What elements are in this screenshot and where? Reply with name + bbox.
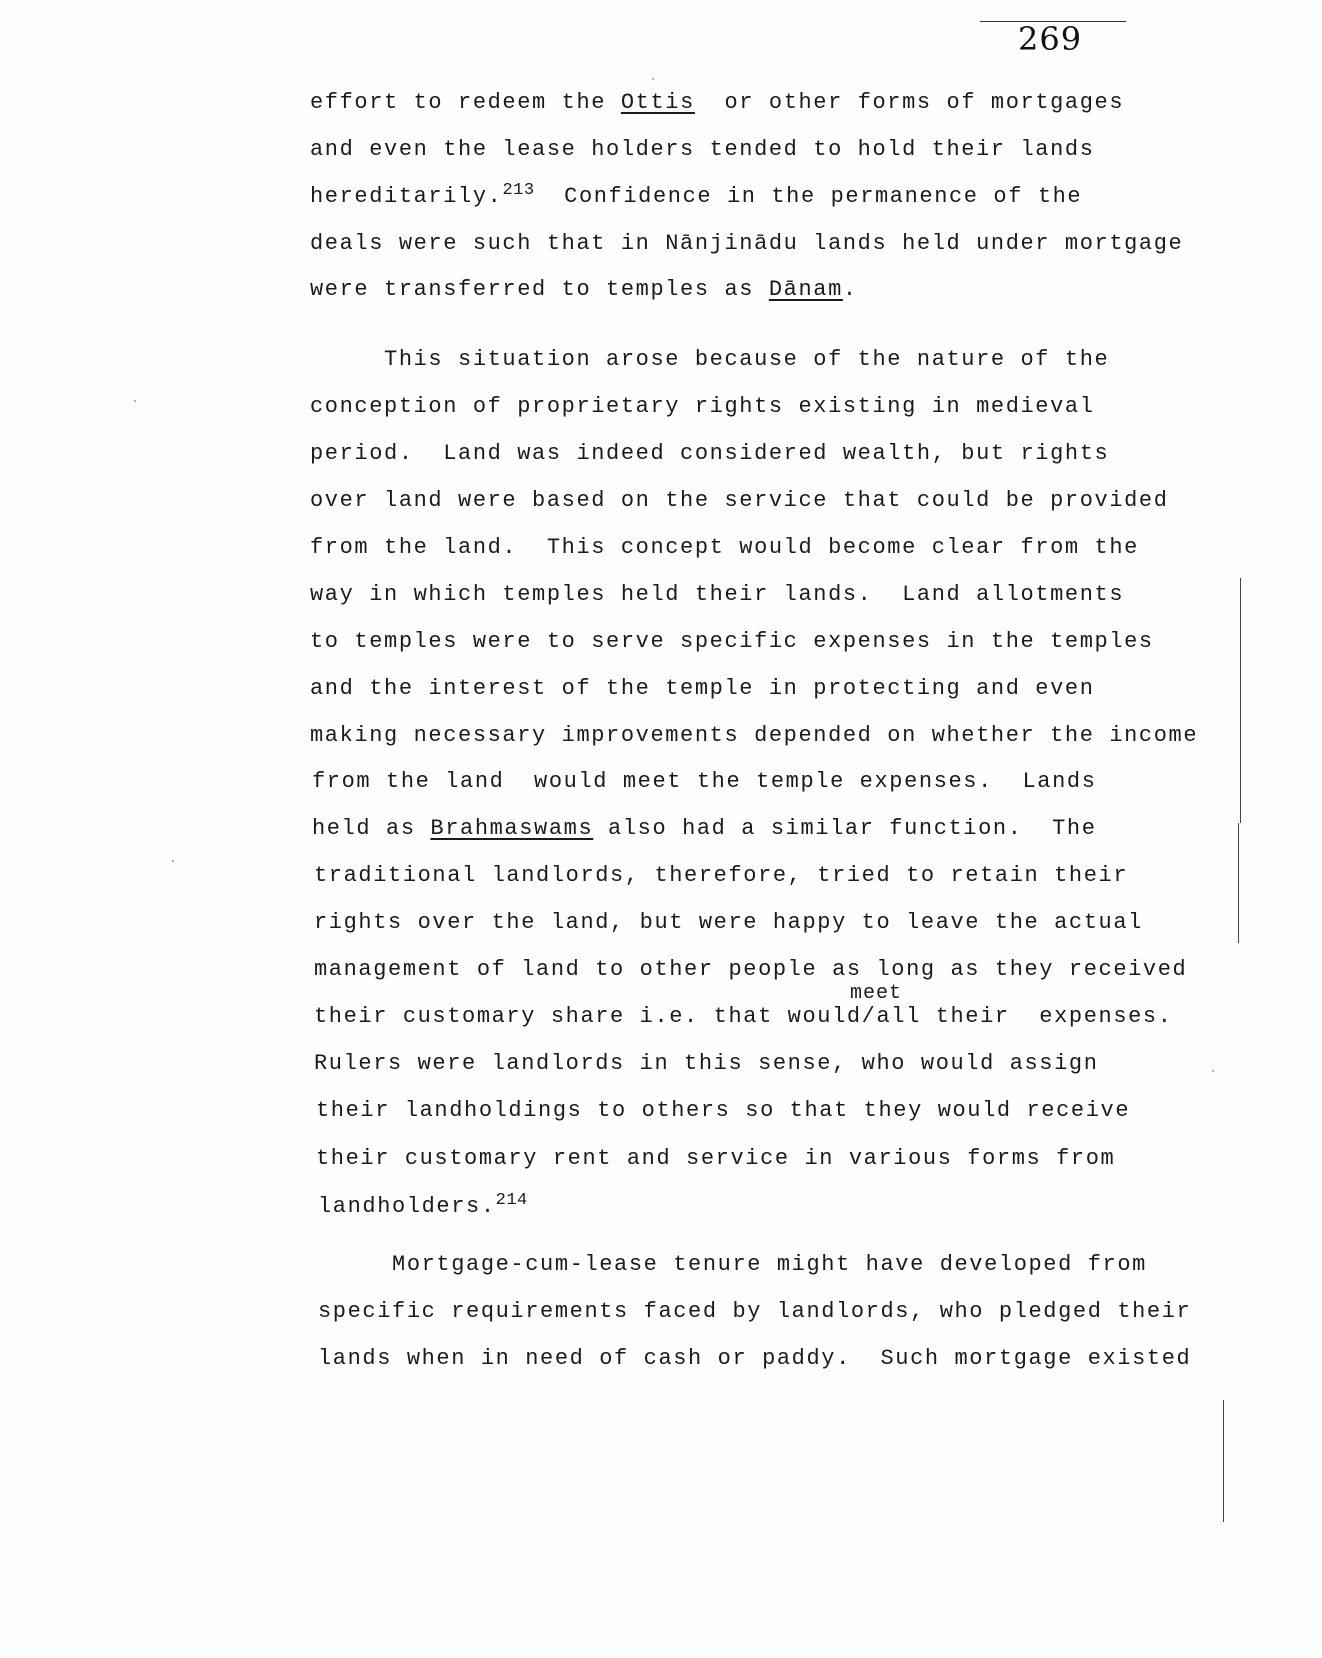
text-line: their customary rent and service in vari…: [316, 1146, 1115, 1172]
text-line: traditional landlords, therefore, tried …: [314, 863, 1128, 889]
underlined-term: Dānam: [769, 277, 843, 302]
text-line: Rulers were landlords in this sense, who…: [314, 1051, 1099, 1077]
text-line: their landholdings to others so that the…: [316, 1098, 1130, 1124]
text-line: from the land. This concept would become…: [310, 535, 1139, 561]
scan-edge-line: [1240, 578, 1241, 823]
text-line: landholders.214: [318, 1194, 528, 1220]
scan-speck: [134, 400, 136, 402]
text-line: their customary share i.e. that would/al…: [314, 1004, 1173, 1030]
text-line: period. Land was indeed considered wealt…: [310, 441, 1109, 467]
text-line: over land were based on the service that…: [310, 488, 1169, 514]
text-line: to temples were to serve specific expens…: [310, 629, 1154, 655]
text-line: were transferred to temples as Dānam.: [310, 277, 858, 303]
text-line: and even the lease holders tended to hol…: [310, 137, 1095, 163]
footnote-marker: 214: [496, 1191, 528, 1210]
scan-edge-line: [1238, 823, 1239, 943]
scan-speck: [652, 78, 654, 80]
scan-edge-line: [1223, 1400, 1224, 1522]
text-line: making necessary improvements depended o…: [310, 723, 1198, 749]
text-line: Mortgage-cum-lease tenure might have dev…: [318, 1252, 1147, 1278]
text-line: specific requirements faced by landlords…: [318, 1299, 1191, 1325]
text-line: and the interest of the temple in protec…: [310, 676, 1095, 702]
scanned-page: 269 effort to redeem the Ottis or other …: [0, 0, 1322, 1658]
text-line: rights over the land, but were happy to …: [314, 910, 1143, 936]
interlinear-insertion: meet: [850, 982, 902, 1005]
text-line: This situation arose because of the natu…: [310, 347, 1109, 373]
text-line: lands when in need of cash or paddy. Suc…: [318, 1346, 1191, 1372]
underlined-term: Brahmaswams: [430, 816, 593, 841]
text-line: management of land to other people as lo…: [314, 957, 1187, 983]
text-line: way in which temples held their lands. L…: [310, 582, 1124, 608]
page-number: 269: [1018, 20, 1082, 58]
text-line: held as Brahmaswams also had a similar f…: [312, 816, 1097, 842]
text-line: from the land would meet the temple expe…: [312, 769, 1097, 795]
footnote-marker: 213: [502, 181, 534, 200]
text-line: deals were such that in Nānjinādu lands …: [310, 231, 1183, 257]
scan-speck: [1212, 1070, 1214, 1072]
text-line: effort to redeem the Ottis or other form…: [310, 90, 1124, 116]
text-line: hereditarily.213 Confidence in the perma…: [310, 184, 1082, 210]
text-line: conception of proprietary rights existin…: [310, 394, 1095, 420]
scan-speck: [172, 860, 174, 862]
underlined-term: Ottis: [621, 90, 695, 115]
